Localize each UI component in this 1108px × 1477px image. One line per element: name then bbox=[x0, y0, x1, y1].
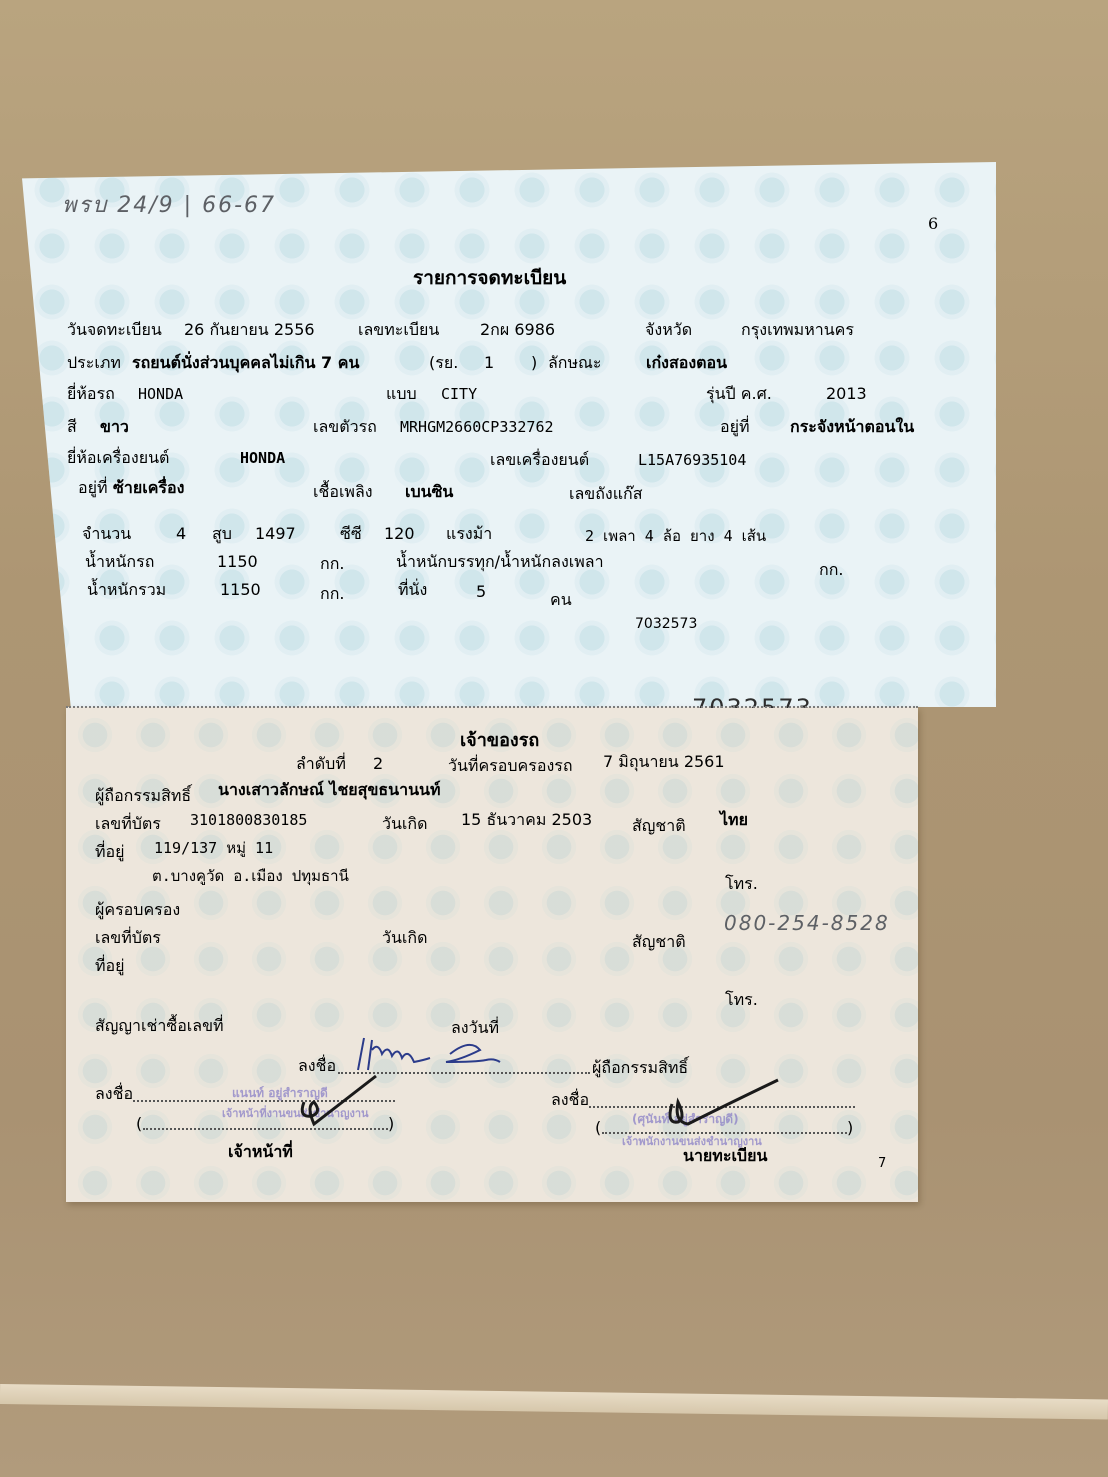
province: กรุงเทพมหานคร bbox=[741, 320, 854, 340]
vehicle-style: เก๋งสองตอน bbox=[646, 353, 727, 373]
model: CITY bbox=[441, 384, 477, 404]
possession-date: 7 มิถุนายน 2561 bbox=[603, 752, 725, 772]
horsepower-unit: แรงม้า bbox=[446, 524, 492, 544]
kg-unit-3: กก. bbox=[320, 584, 344, 604]
cylinders-unit: สูบ bbox=[212, 524, 232, 544]
horsepower: 120 bbox=[384, 524, 415, 544]
color: ขาว bbox=[100, 417, 129, 437]
model-label: แบบ bbox=[386, 384, 417, 404]
chassis-location-label: อยู่ที่ bbox=[720, 417, 750, 437]
plate-number: 2กผ 6986 bbox=[480, 320, 555, 340]
type-label: ประเภท bbox=[67, 353, 121, 373]
officer-signature bbox=[290, 1072, 390, 1132]
binding-stitch bbox=[66, 706, 918, 710]
nationality: ไทย bbox=[720, 810, 748, 830]
load-weight-label: น้ำหนักบรรทุก/น้ำหนักลงเพลา bbox=[396, 552, 604, 572]
weight-label: น้ำหนักรถ bbox=[85, 552, 154, 572]
address-label: ที่อยู่ bbox=[95, 842, 125, 862]
registrar-sign-label: ลงชื่อ bbox=[551, 1090, 589, 1110]
engine-location-label: อยู่ที่ bbox=[78, 478, 108, 498]
officer-paren-open: ( bbox=[136, 1114, 142, 1134]
address-line-1: 119/137 หมู่ 11 bbox=[154, 838, 273, 858]
model-year: 2013 bbox=[826, 384, 867, 404]
sequence-number: 2 bbox=[373, 754, 383, 774]
brand-label: ยี่ห้อรถ bbox=[67, 384, 115, 404]
engine-brand-label: ยี่ห้อเครื่องยนต์ bbox=[67, 448, 169, 468]
handwritten-phone: 080-254-8528 bbox=[724, 913, 890, 933]
fuel-label: เชื้อเพลิง bbox=[313, 482, 373, 502]
gross-weight: 1150 bbox=[220, 580, 261, 600]
seats-unit: คน bbox=[550, 590, 572, 610]
serial-number-small: 7032573 bbox=[635, 614, 697, 634]
chassis-number: MRHGM2660CP332762 bbox=[400, 417, 554, 437]
registrar-paren-close: ) bbox=[847, 1118, 853, 1138]
possessor-id-label: เลขที่บัตร bbox=[95, 928, 161, 948]
page-number: 6 bbox=[928, 214, 938, 234]
engine-number: L15A76935104 bbox=[638, 450, 746, 470]
owner-label: ผู้ถือกรรมสิทธิ์ bbox=[95, 786, 191, 806]
registrar-signature bbox=[660, 1074, 790, 1134]
chassis-location: กระจังหน้าตอนใน bbox=[790, 417, 914, 437]
possessor-phone-label: โทร. bbox=[725, 990, 758, 1010]
vehicle-weight: 1150 bbox=[217, 552, 258, 572]
engine-number-label: เลขเครื่องยนต์ bbox=[490, 450, 589, 470]
seats-label: ที่นั่ง bbox=[398, 580, 427, 600]
registration-date-label: วันจดทะเบียน bbox=[67, 320, 162, 340]
page-title: รายการจดทะเบียน bbox=[413, 268, 566, 288]
id-label: เลขที่บัตร bbox=[95, 814, 161, 834]
officer-title: เจ้าหน้าที่ bbox=[228, 1142, 293, 1162]
handwritten-note: พรบ 24/9 | 66-67 bbox=[62, 196, 276, 216]
nationality-label: สัญชาติ bbox=[632, 816, 686, 836]
gross-weight-label: น้ำหนักรวม bbox=[87, 580, 166, 600]
engine-brand: HONDA bbox=[240, 448, 285, 468]
chassis-label: เลขตัวรถ bbox=[313, 417, 377, 437]
gas-tank-label: เลขถังแก๊ส bbox=[569, 484, 642, 504]
registrar-paren-open: ( bbox=[595, 1118, 601, 1138]
lease-contract-label: สัญญาเช่าซื้อเลขที่ bbox=[95, 1016, 224, 1036]
kg-unit-2: กก. bbox=[819, 560, 843, 580]
type-code-label: (รย. bbox=[429, 353, 458, 373]
axles-wheels: 2 เพลา 4 ล้อ ยาง 4 เส้น bbox=[585, 526, 766, 546]
possession-date-label: วันที่ครอบครองรถ bbox=[448, 756, 573, 776]
owner-section-title: เจ้าของรถ bbox=[460, 731, 539, 751]
page-number-bottom: 7 bbox=[878, 1154, 886, 1174]
plate-label: เลขทะเบียน bbox=[358, 320, 439, 340]
engine-location: ซ้ายเครื่อง bbox=[113, 478, 184, 498]
vehicle-type: รถยนต์นั่งส่วนบุคคลไม่เกิน 7 คน bbox=[132, 353, 359, 373]
province-label: จังหวัด bbox=[645, 320, 692, 340]
color-label: สี bbox=[67, 417, 77, 437]
cc-unit: ซีซี bbox=[340, 524, 362, 544]
phone-label: โทร. bbox=[725, 874, 758, 894]
seats: 5 bbox=[476, 582, 486, 602]
brand: HONDA bbox=[138, 384, 183, 404]
displacement: 1497 bbox=[255, 524, 296, 544]
type-code-close: ) bbox=[531, 353, 537, 373]
dob-label: วันเกิด bbox=[382, 814, 427, 834]
possessor-address-label: ที่อยู่ bbox=[95, 956, 125, 976]
sequence-label: ลำดับที่ bbox=[296, 754, 346, 774]
cylinders: 4 bbox=[176, 524, 186, 544]
year-label: รุ่นปี ค.ศ. bbox=[706, 384, 772, 404]
address-line-2: ต.บางคูวัด อ.เมือง ปทุมธานี bbox=[152, 866, 349, 886]
kg-unit-1: กก. bbox=[320, 554, 344, 574]
fuel: เบนซิน bbox=[405, 482, 453, 502]
owner-name: นางเสาวลักษณ์ ไชยสุขธนานนท์ bbox=[218, 780, 440, 800]
registrar-title: นายทะเบียน bbox=[683, 1146, 767, 1166]
registration-date: 26 กันยายน 2556 bbox=[184, 320, 315, 340]
possessor-label: ผู้ครอบครอง bbox=[95, 900, 180, 920]
type-code: 1 bbox=[484, 353, 494, 373]
possessor-nationality-label: สัญชาติ bbox=[632, 932, 686, 952]
date-of-birth: 15 ธันวาคม 2503 bbox=[461, 810, 592, 830]
cylinders-label: จำนวน bbox=[82, 524, 131, 544]
possessor-dob-label: วันเกิด bbox=[382, 928, 427, 948]
id-number: 3101800830185 bbox=[190, 810, 307, 830]
style-label: ลักษณะ bbox=[548, 353, 601, 373]
table-edge bbox=[0, 1384, 1108, 1419]
officer-sign-label: ลงชื่อ bbox=[95, 1084, 133, 1104]
